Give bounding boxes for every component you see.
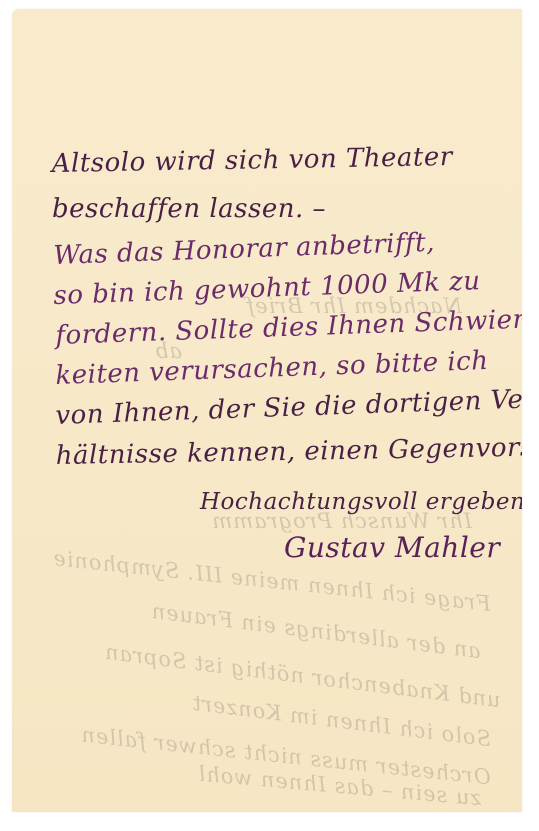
letter-line: hältnisse kennen, einen Gegenvorschlag. — [55, 431, 522, 471]
bleed-line: zu sein – das Ihnen wohl — [197, 762, 483, 811]
letter-line: so bin ich gewohnt 1000 Mk zu — [53, 266, 481, 311]
closing: Hochachtungsvoll ergebenst — [200, 489, 522, 515]
bleed-line: Solo ich Ihnen im Konzert — [190, 691, 492, 752]
letter-page: Nachdem Ihr Brief ab Ihr Wunsch Programm… — [12, 9, 522, 812]
letter-line: Altsolo wird sich von Theater — [51, 142, 452, 179]
letter-line: fordern. Sollte dies Ihnen Schwierig- — [55, 303, 522, 351]
letter-line: von Ihnen, der Sie die dortigen Ver- — [55, 384, 522, 431]
letter-line: beschaffen lassen. – — [52, 194, 326, 224]
bleed-line: an der allerdings ein Frauen — [150, 599, 483, 663]
bleed-line: und Knabenchor nöthig ist Sopran — [103, 640, 502, 712]
letter-line: keiten verursachen, so bitte ich — [55, 346, 489, 391]
letter-line: Was das Honorar anbetrifft, — [53, 228, 435, 271]
bleed-line: Orchester muss nicht schwer fallen — [79, 723, 492, 790]
signature: Gustav Mahler — [284, 531, 500, 564]
